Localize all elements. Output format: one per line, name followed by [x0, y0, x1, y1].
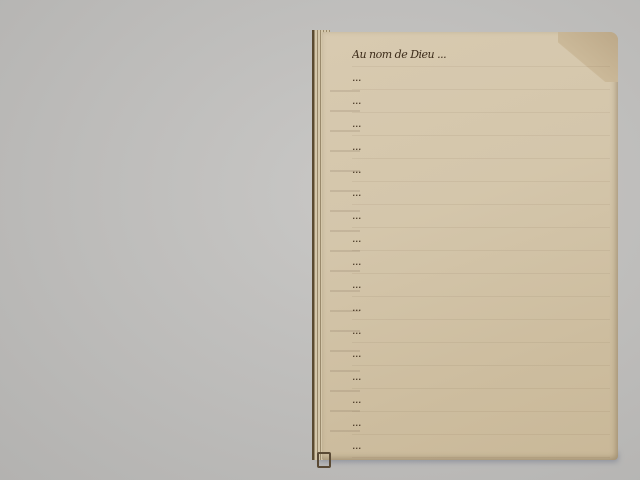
text-line: ... — [352, 343, 610, 366]
text-line: ... — [352, 159, 610, 182]
text-line: ... — [352, 228, 610, 251]
text-line: ... — [352, 136, 610, 159]
text-line: ... — [352, 435, 610, 458]
handwritten-text: Au nom de Dieu ... ... ... ... ... ... .… — [352, 44, 610, 458]
text-line: ... — [352, 389, 610, 412]
binding-clasp — [317, 452, 331, 468]
text-line: ... — [352, 274, 610, 297]
text-line: ... — [352, 182, 610, 205]
text-line: ... — [352, 67, 610, 90]
text-line: ... — [352, 297, 610, 320]
text-line: ... — [352, 251, 610, 274]
text-line: ... — [352, 366, 610, 389]
text-line: ... — [352, 412, 610, 435]
manuscript-page: Au nom de Dieu ... ... ... ... ... ... .… — [322, 32, 618, 460]
text-line: ... — [352, 205, 610, 228]
text-line: ... — [352, 113, 610, 136]
text-line: ... — [352, 90, 610, 113]
text-line: Au nom de Dieu ... — [352, 44, 610, 67]
text-line: ... — [352, 320, 610, 343]
